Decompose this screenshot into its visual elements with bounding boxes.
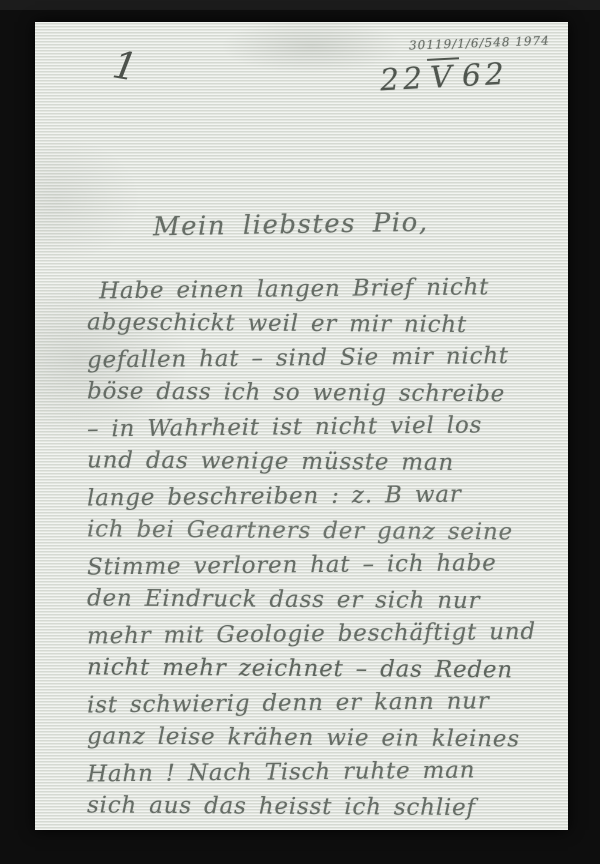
handwritten-line: den Eindruck dass er sich nur [87, 581, 557, 619]
letter-page: 1 30119/1/6/548 1974 22V62 Mein liebstes… [35, 22, 568, 830]
handwritten-line: lange beschreiben : z. B war [87, 477, 557, 516]
handwritten-line: Habe einen langen Brief nicht [87, 270, 557, 309]
date-month-roman: V [427, 57, 461, 96]
handwritten-line: Hahn ! Nach Tisch ruhte man [87, 753, 557, 792]
handwritten-line: sich aus das heisst ich schlief [87, 788, 557, 826]
handwritten-line: böse dass ich so wenig schreibe [87, 374, 557, 412]
handwritten-line: nicht mehr zeichnet – das Reden [87, 650, 557, 688]
archival-note: 30119/1/6/548 1974 [409, 34, 550, 53]
page-number: 1 [109, 42, 140, 90]
handwritten-line: mehr mit Geologie beschäftigt und [87, 615, 557, 654]
date: 22V62 [379, 57, 509, 99]
date-year: 62 [461, 57, 509, 94]
handwritten-line: ist schwierig denn er kann nur [87, 684, 557, 723]
scan-background: 1 30119/1/6/548 1974 22V62 Mein liebstes… [0, 0, 600, 864]
handwritten-line: abgeschickt weil er mir nicht [87, 305, 557, 343]
date-day: 22 [379, 61, 427, 98]
handwritten-line: Stimme verloren hat – ich habe [87, 546, 557, 585]
handwritten-line: gefallen hat – sind Sie mir nicht [87, 339, 557, 378]
letter-body: Habe einen langen Brief nicht abgeschick… [87, 272, 557, 824]
handwritten-line: und das wenige müsste man [87, 443, 557, 481]
salutation: Mein liebstes Pio, [153, 208, 429, 243]
handwritten-line: ganz leise krähen wie ein kleines [87, 719, 557, 757]
handwritten-line: – in Wahrheit ist nicht viel los [87, 408, 557, 447]
handwritten-line: ich bei Geartners der ganz seine [87, 512, 557, 550]
